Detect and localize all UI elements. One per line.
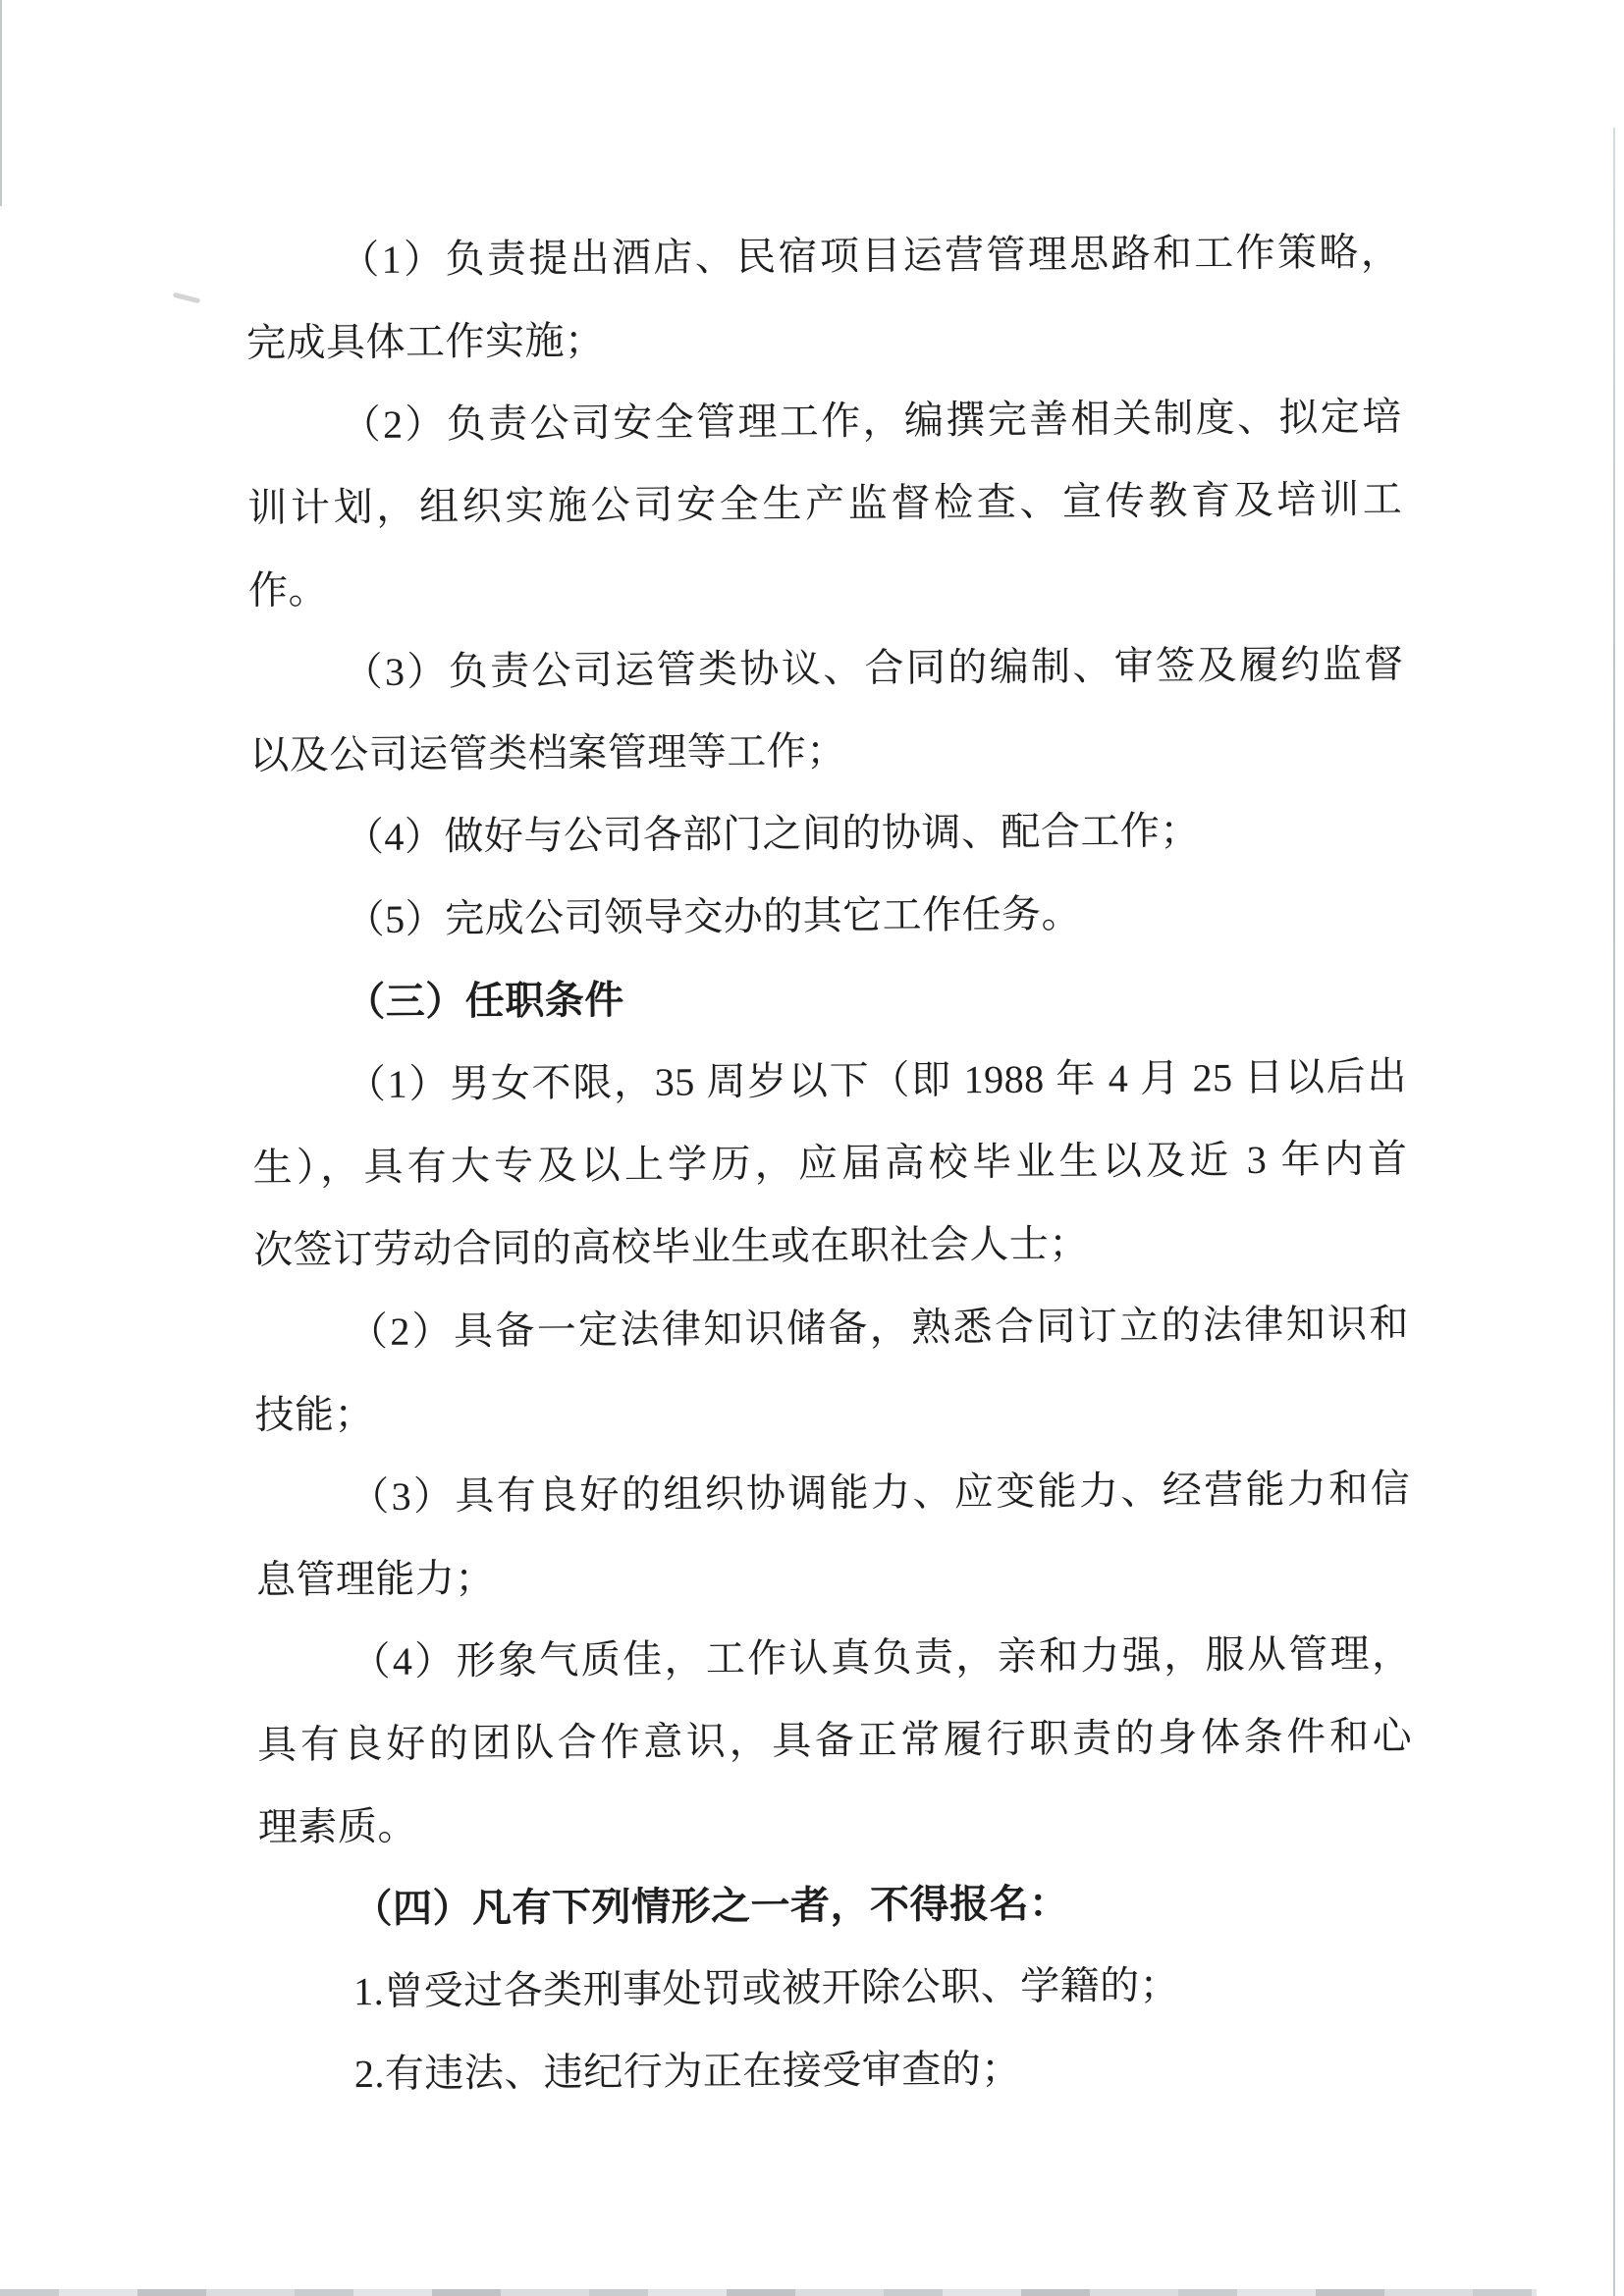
scan-artifact-left-edge [0, 0, 2, 206]
document-line-9: （5）完成公司领导交办的其它工作任务。 [250, 871, 1406, 962]
document-line-23: 2.有违法、违纪行为正在接受审查的； [260, 2025, 1416, 2116]
scan-artifact-bottom-edge [0, 2289, 1537, 2296]
document-line-2: 完成具体工作实施； [246, 294, 1402, 385]
document-line-19: 具有良好的团队合作意识，具备正常履行职责的身体条件和心 [257, 1695, 1413, 1787]
document-line-12: 生），具有大专及以上学历，应届高校毕业生以及近 3 年内首 [252, 1118, 1408, 1209]
scan-smudge [173, 293, 200, 304]
document-line-22: 1.曾受过各类刑事处罚或被开除公职、学籍的； [259, 1943, 1415, 2034]
document-line-15: 技能； [254, 1365, 1410, 1457]
document-line-4: 训计划，组织实施公司安全生产监督检查、宣传教育及培训工 [247, 458, 1403, 550]
document-line-14: （2）具备一定法律知识储备，熟悉合同订立的法律知识和 [254, 1283, 1410, 1374]
document-line-21: （四）凡有下列情形之一者，不得报名： [258, 1860, 1414, 1951]
document-line-18: （4）形象气质佳，工作认真负责，亲和力强，服从管理， [256, 1613, 1412, 1704]
document-line-13: 次签订劳动合同的高校毕业生或在职社会人士； [253, 1201, 1409, 1292]
document-line-1: （1）负责提出酒店、民宿项目运营管理思路和工作策略， [245, 211, 1401, 302]
document-line-16: （3）具有良好的组织协调能力、应变能力、经营能力和信 [255, 1448, 1411, 1539]
document-line-6: （3）负责公司运管类协议、合同的编制、审签及履约监督 [248, 623, 1404, 715]
text-block: （1）负责提出酒店、民宿项目运营管理思路和工作策略，完成具体工作实施；（2）负责… [245, 211, 1415, 2116]
document-line-5: 作。 [248, 541, 1404, 632]
document-line-3: （2）负责公司安全管理工作，编撰完善相关制度、拟定培 [246, 376, 1402, 467]
document-line-7: 以及公司运管类档案管理等工作； [249, 706, 1405, 797]
document-line-20: 理素质。 [258, 1778, 1414, 1869]
document-line-10: （三）任职条件 [251, 953, 1407, 1044]
document-line-11: （1）男女不限，35 周岁以下（即 1988 年 4 月 25 日以后出 [252, 1036, 1408, 1127]
document-page: （1）负责提出酒店、民宿项目运营管理思路和工作策略，完成具体工作实施；（2）负责… [0, 0, 1624, 2296]
document-line-17: 息管理能力； [256, 1530, 1412, 1622]
scan-artifact-right-edge [1613, 128, 1615, 2296]
document-line-8: （4）做好与公司各部门之间的协调、配合工作； [250, 788, 1406, 880]
